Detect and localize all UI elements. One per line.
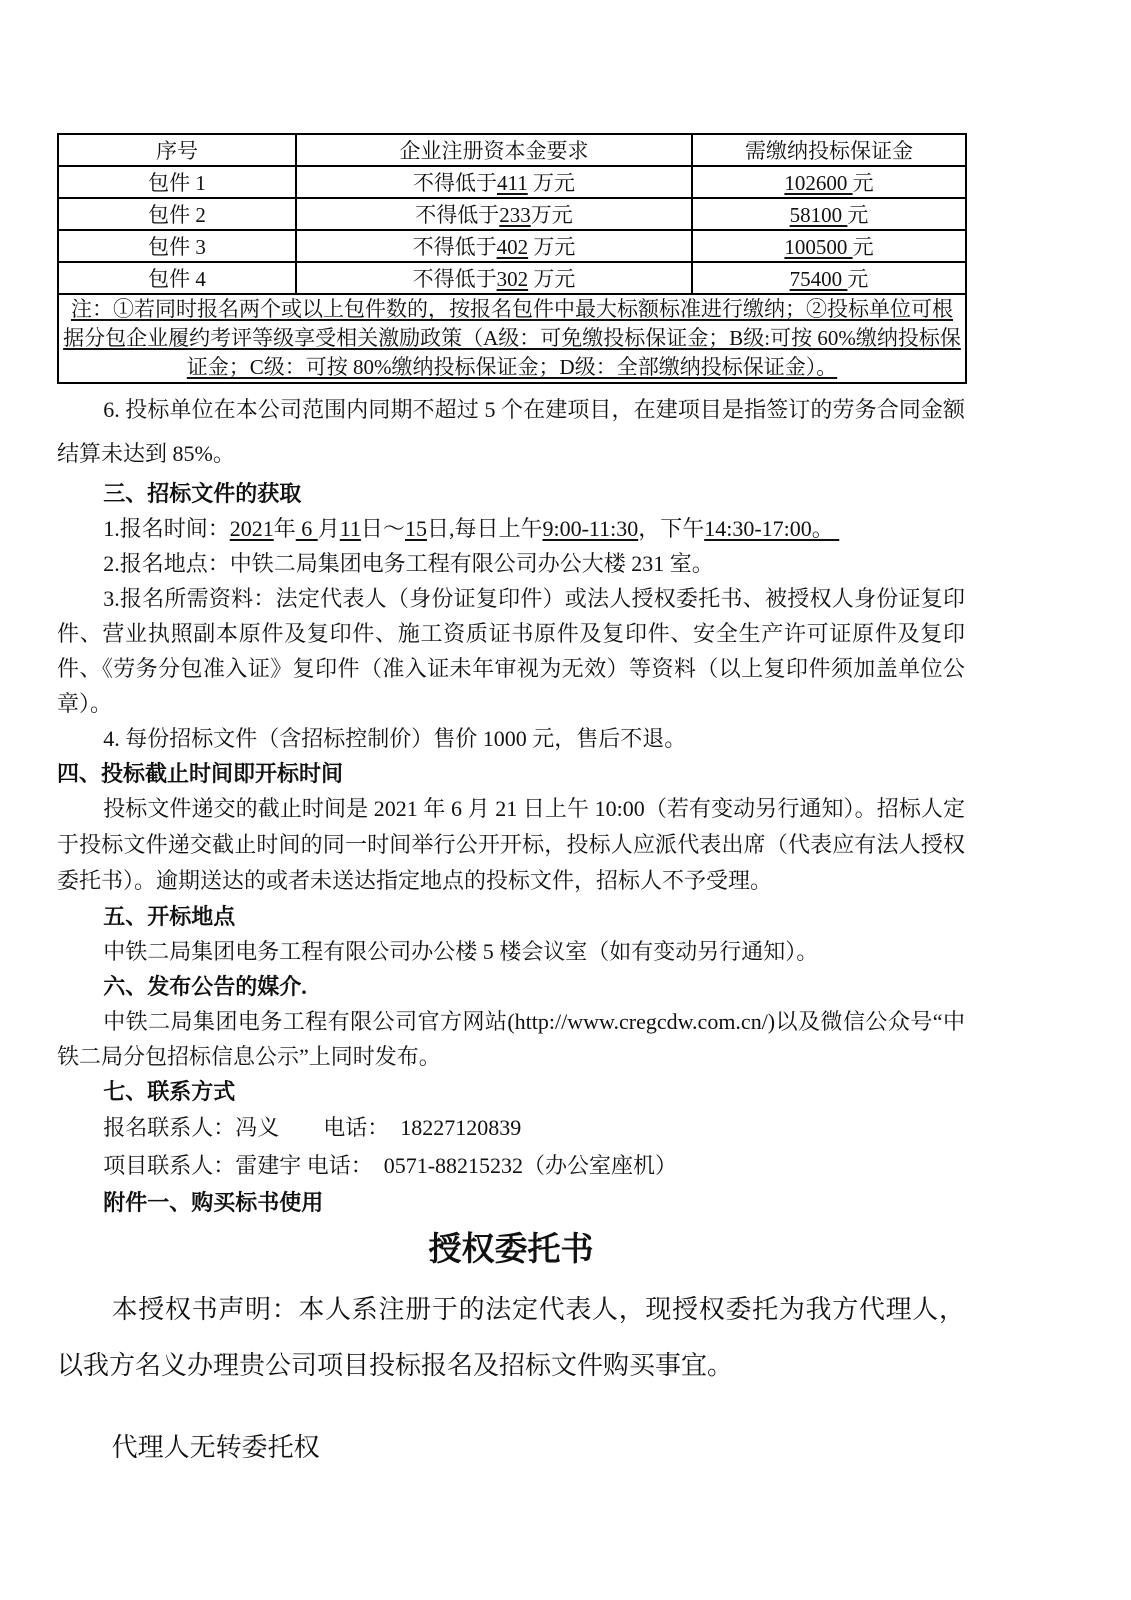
table-header-row: 序号 企业注册资本金要求 需缴纳投标保证金 [58, 134, 966, 166]
section-4-heading: 四、投标截止时间即开标时间 [57, 756, 965, 791]
section-6-heading: 六、发布公告的媒介. [57, 969, 965, 1004]
authorization-title: 授权委托书 [57, 1228, 965, 1272]
capital-cell: 不得低于411 万元 [296, 166, 692, 198]
package-cell: 包件 3 [58, 230, 296, 262]
no-subdelegation-line: 代理人无转委托权 [57, 1420, 965, 1476]
signup-time-item: 1.报名时间：2021年 6 月11日～15日,每日上午9:00-11:30，下… [57, 511, 965, 546]
col-header-deposit: 需缴纳投标保证金 [692, 134, 966, 166]
signup-materials-item: 3.报名所需资料：法定代表人（身份证复印件）或法人授权委托书、被授权人身份证复印… [57, 581, 965, 721]
clause-6-paragraph: 6. 投标单位在本公司范围内同期不超过 5 个在建项目，在建项目是指签订的劳务合… [57, 388, 965, 476]
capital-cell: 不得低于233万元 [296, 198, 692, 230]
package-cell: 包件 1 [58, 166, 296, 198]
col-header-seq: 序号 [58, 134, 296, 166]
section-7-heading: 七、联系方式 [57, 1074, 965, 1109]
bid-deposit-table: 序号 企业注册资本金要求 需缴纳投标保证金 包件 1 不得低于411 万元 10… [57, 133, 967, 384]
capital-cell: 不得低于402 万元 [296, 230, 692, 262]
bid-opening-location-paragraph: 中铁二局集团电务工程有限公司办公楼 5 楼会议室（如有变动另行通知）。 [57, 934, 965, 969]
table-row-package-4: 包件 4 不得低于302 万元 75400 元 [58, 262, 966, 294]
table-row-package-1: 包件 1 不得低于411 万元 102600 元 [58, 166, 966, 198]
document-content: 序号 企业注册资本金要求 需缴纳投标保证金 包件 1 不得低于411 万元 10… [57, 133, 965, 1476]
document-page: 序号 企业注册资本金要求 需缴纳投标保证金 包件 1 不得低于411 万元 10… [0, 0, 1131, 1476]
table-note: 注：①若同时报名两个或以上包件数的，按报名包件中最大标额标准进行缴纳；②投标单位… [58, 294, 966, 383]
col-header-capital: 企业注册资本金要求 [296, 134, 692, 166]
section-5-heading: 五、开标地点 [57, 899, 965, 934]
signup-location-item: 2.报名地点：中铁二局集团电务工程有限公司办公大楼 231 室。 [57, 546, 965, 581]
deposit-cell: 75400 元 [692, 262, 966, 294]
package-cell: 包件 4 [58, 262, 296, 294]
table-note-row: 注：①若同时报名两个或以上包件数的，按报名包件中最大标额标准进行缴纳；②投标单位… [58, 294, 966, 383]
deadline-paragraph: 投标文件递交的截止时间是 2021 年 6 月 21 日上午 10:00（若有变… [57, 791, 965, 899]
project-contact-line: 项目联系人：雷建宇 电话： 0571-88215232（办公室座机） [57, 1147, 965, 1185]
deposit-cell: 58100 元 [692, 198, 966, 230]
table-row-package-3: 包件 3 不得低于402 万元 100500 元 [58, 230, 966, 262]
table-row-package-2: 包件 2 不得低于233万元 58100 元 [58, 198, 966, 230]
capital-cell: 不得低于302 万元 [296, 262, 692, 294]
document-price-item: 4. 每份招标文件（含招标控制价）售价 1000 元，售后不退。 [57, 721, 965, 756]
attachment-heading: 附件一、购买标书使用 [57, 1185, 965, 1220]
signup-contact-line: 报名联系人：冯义 电话： 18227120839 [57, 1109, 965, 1147]
package-cell: 包件 2 [58, 198, 296, 230]
deposit-cell: 102600 元 [692, 166, 966, 198]
deposit-cell: 100500 元 [692, 230, 966, 262]
announcement-media-paragraph: 中铁二局集团电务工程有限公司官方网站(http://www.cregcdw.co… [57, 1004, 965, 1074]
authorization-statement: 本授权书声明：本人系注册于的法定代表人，现授权委托为我方代理人，以我方名义办理贵… [57, 1282, 965, 1394]
section-3-heading: 三、招标文件的获取 [57, 476, 965, 511]
